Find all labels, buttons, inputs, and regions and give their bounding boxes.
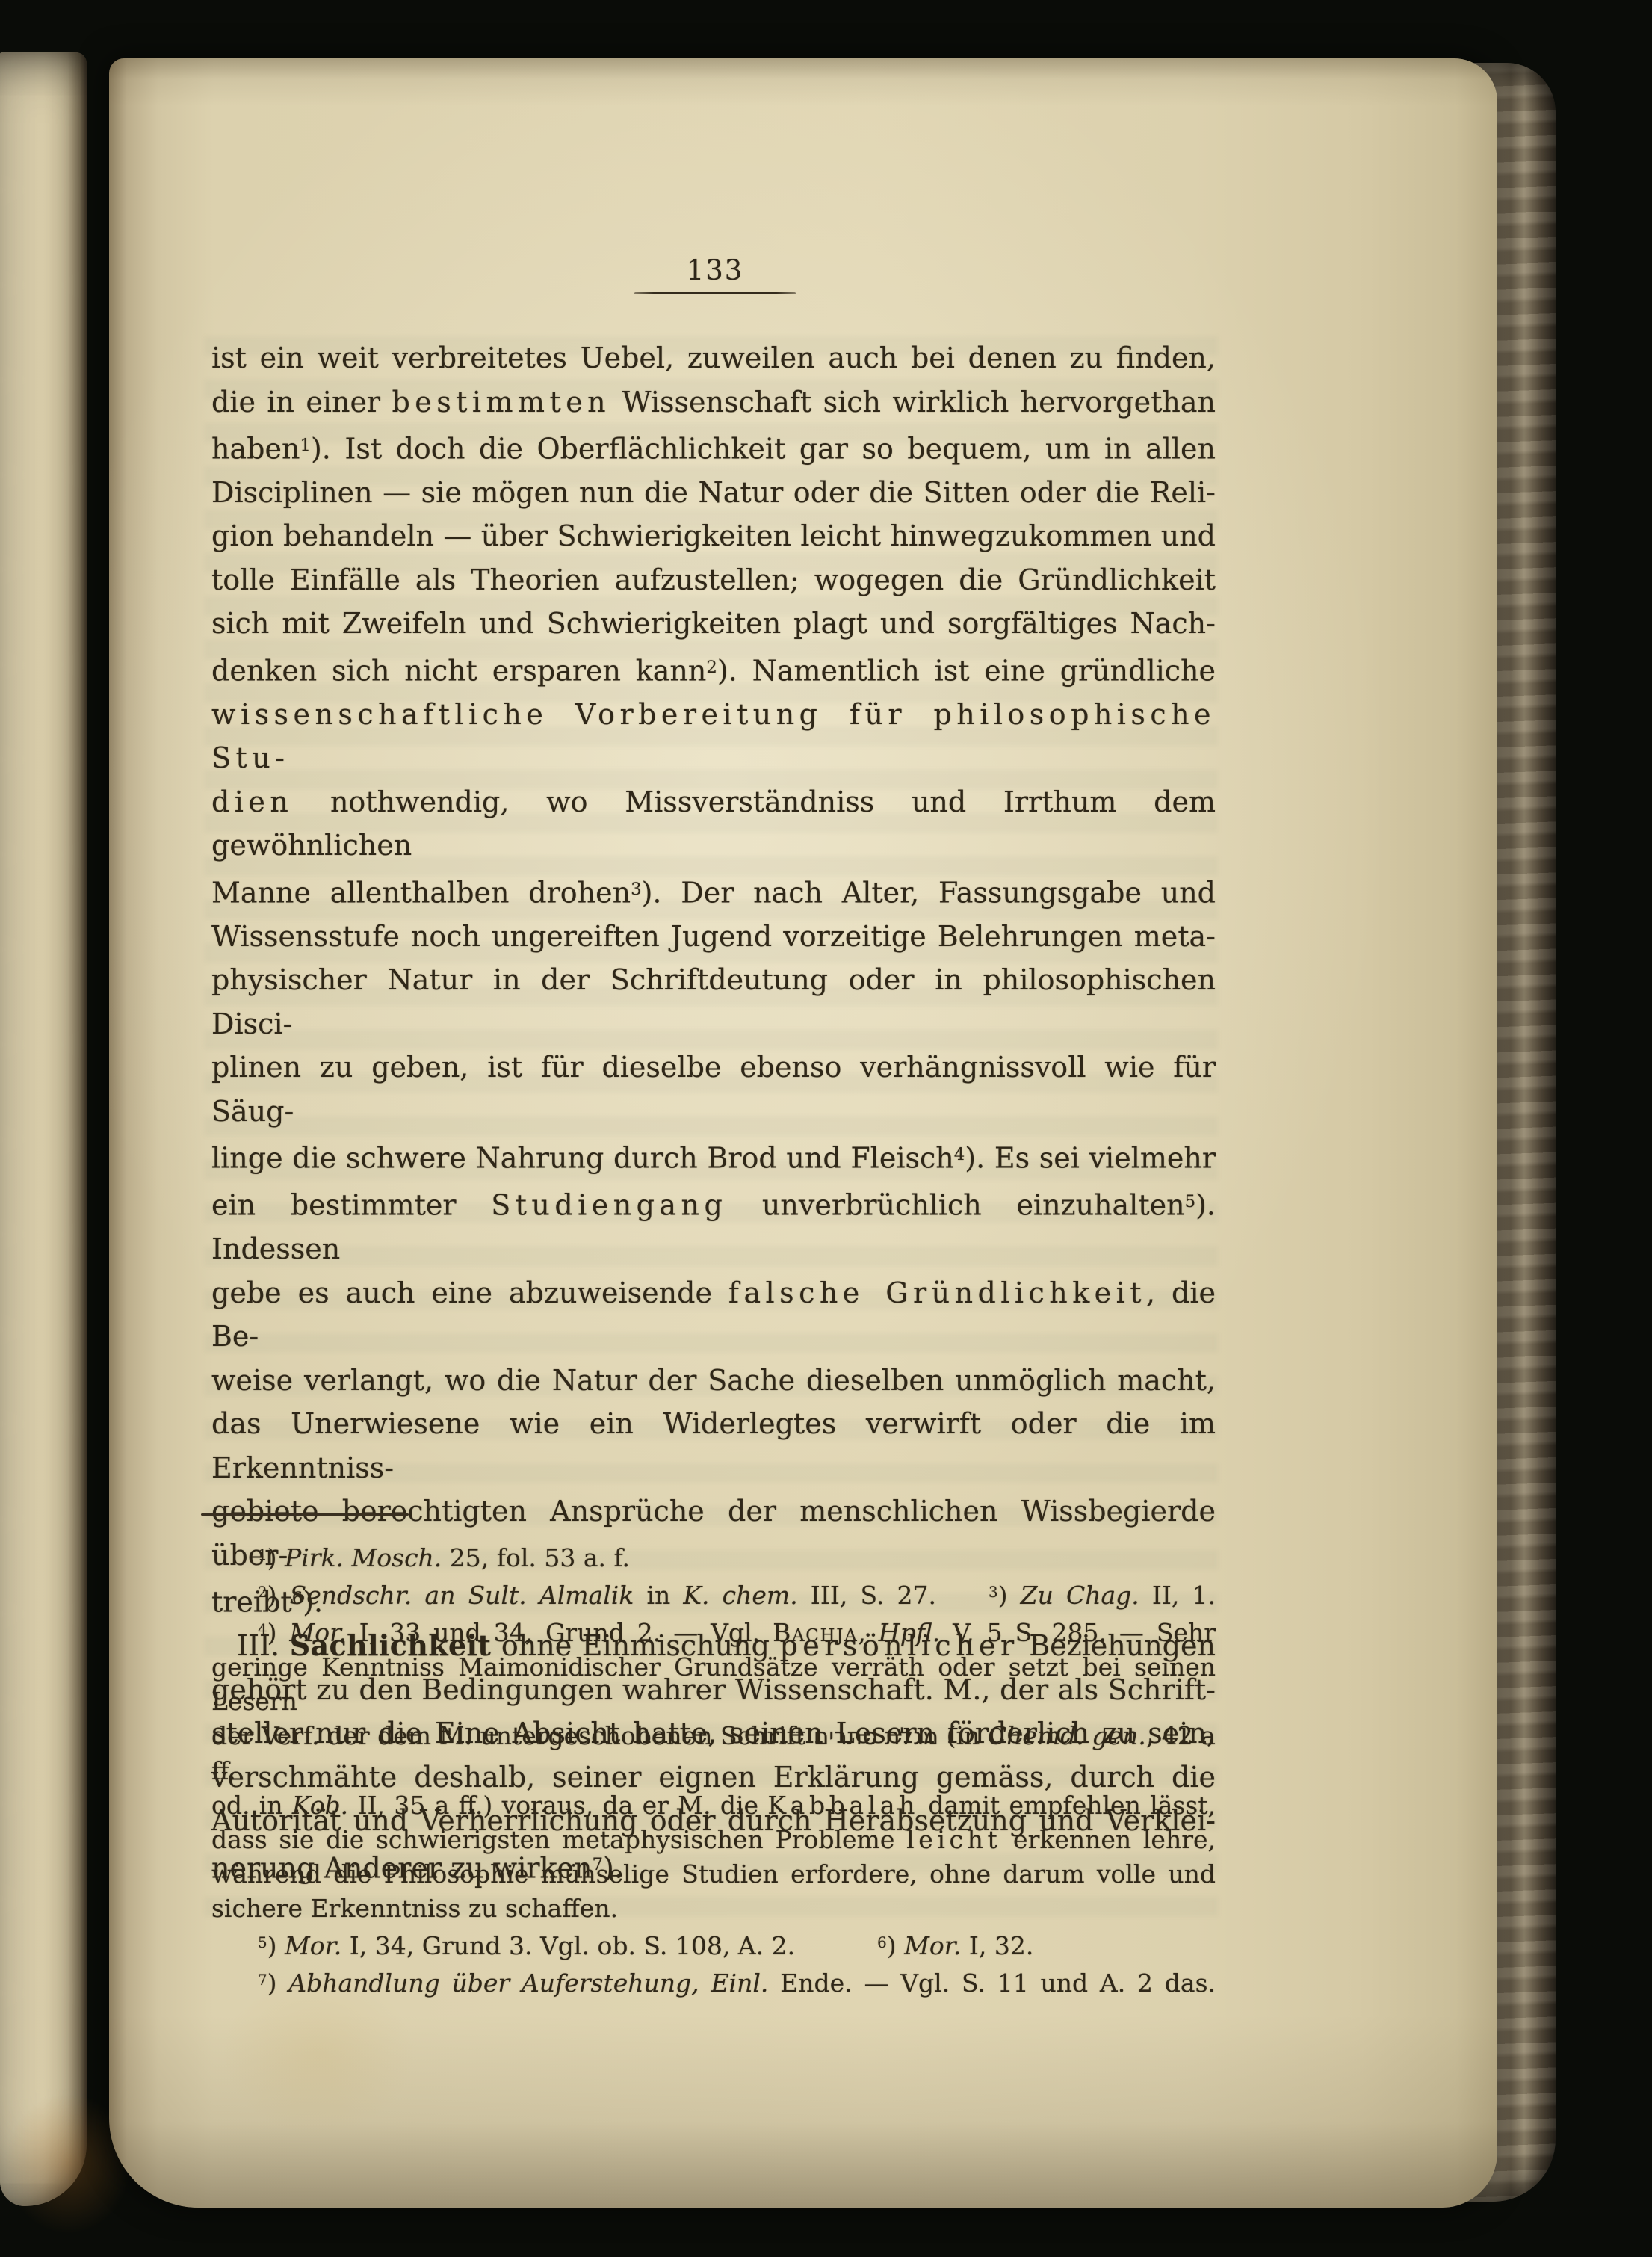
text-segment: ist ein weit verbreitetes Uebel, zuweile…	[211, 342, 1216, 374]
text-segment: Ende. — Vgl. S. 11 und A. 2 das.	[768, 1969, 1216, 1998]
text-segment: )	[267, 1543, 285, 1572]
text-segment: 1	[258, 1546, 267, 1563]
text-line: Disciplinen — sie mögen nun die Natur od…	[211, 471, 1216, 515]
text-segment: I, 34, Grund 3. Vgl. ob. S. 108, A. 2.	[341, 1931, 795, 1960]
text-line: Wissensstufe noch ungereiften Jugend vor…	[211, 915, 1216, 959]
text-segment: Zu Chag.	[1021, 1581, 1139, 1610]
text-segment: linge die schwere Nahrung durch Brod und…	[211, 1142, 954, 1175]
text-segment: 3	[989, 1584, 998, 1601]
text-segment: Sendschr. an Sult. Almalik	[290, 1581, 634, 1610]
text-segment: Studiengang	[491, 1189, 727, 1222]
text-line: Manne allenthalben drohen3). Der nach Al…	[211, 868, 1216, 915]
text-segment: 4	[954, 1145, 965, 1164]
column-gap	[936, 1603, 989, 1604]
text-segment: ). Ist doch die Oberflächlichkeit gar so…	[311, 432, 1216, 465]
text-segment: V, 5 S. 285. — Sehr	[940, 1618, 1216, 1647]
text-segment: der Verf. der dem M. untergeschobenen Sc…	[211, 1721, 814, 1750]
text-segment: Disciplinen — sie mögen nun die Natur od…	[211, 476, 1216, 509]
text-segment: Kabbalah	[767, 1791, 919, 1820]
text-segment: 2	[258, 1584, 267, 1601]
text-segment: bestimmten	[392, 386, 610, 419]
page-number: 133	[634, 254, 796, 286]
text-segment: plinen zu geben, ist für dieselbe ebenso…	[211, 1051, 1216, 1128]
text-segment: sichere Erkenntniss zu schaffen.	[211, 1894, 618, 1923]
text-segment: )	[887, 1931, 904, 1960]
header-rule	[634, 292, 796, 294]
text-segment: 6	[877, 1934, 887, 1951]
text-segment: (in	[938, 1721, 988, 1750]
text-segment: I, 32.	[961, 1931, 1033, 1960]
text-segment: das Unerwiesene wie ein Widerlegtes verw…	[211, 1407, 1216, 1484]
text-segment: dass sie die schwierigsten metaphysische…	[211, 1825, 906, 1854]
text-segment: 1	[300, 436, 311, 455]
text-line: 5) Mor. I, 34, Grund 3. Vgl. ob. S. 108,…	[211, 1926, 1216, 1963]
text-line: während die Philosophie mühselige Studie…	[211, 1857, 1216, 1892]
text-segment: erkennen lehre,	[1001, 1825, 1216, 1854]
text-segment: מגלת סתרים	[814, 1723, 938, 1750]
text-line: gion behandeln — über Schwierigkeiten le…	[211, 514, 1216, 558]
text-segment: geringe Kenntniss Maimonidischer Grundsä…	[211, 1652, 1216, 1716]
text-segment: 7	[258, 1972, 267, 1989]
text-segment: dien	[211, 785, 293, 818]
text-segment: Wissenschaft sich wirklich hervorgethan	[610, 386, 1216, 419]
text-segment: haben	[211, 432, 300, 465]
text-line: ein bestimmter Studiengang unverbrüchlic…	[211, 1180, 1216, 1270]
text-segment: Kob.	[292, 1791, 348, 1820]
text-segment: Manne allenthalben drohen	[211, 876, 631, 909]
book-scan: 133 ist ein weit verbreitetes Uebel, zuw…	[0, 0, 1652, 2257]
text-line: geringe Kenntniss Maimonidischer Grundsä…	[211, 1650, 1216, 1719]
text-line: dien nothwendig, wo Missverständniss und…	[211, 780, 1216, 868]
text-segment: falsche Gründlichkeit	[728, 1276, 1146, 1309]
text-segment: )	[998, 1581, 1021, 1610]
text-segment: 3	[631, 880, 642, 899]
text-line: 7) Abhandlung über Auferstehung, Einl. E…	[211, 1963, 1216, 2001]
text-line: der Verf. der dem M. untergeschobenen Sc…	[211, 1719, 1216, 1788]
text-segment: physischer Natur in der Schriftdeutung o…	[211, 963, 1216, 1040]
text-line: od. in Kob. II, 35 a ff.) voraus, da er …	[211, 1788, 1216, 1823]
text-segment: Wissensstufe noch ungereiften Jugend vor…	[211, 920, 1216, 953]
text-segment: ). Es sei vielmehr	[965, 1142, 1216, 1175]
text-segment: 25, fol. 53 a. f.	[442, 1543, 630, 1572]
text-segment: leicht	[906, 1825, 1001, 1854]
text-line: das Unerwiesene wie ein Widerlegtes verw…	[211, 1402, 1216, 1489]
text-line: haben1). Ist doch die Oberflächlichkeit …	[211, 424, 1216, 471]
text-segment: tolle Einfälle als Theorien aufzustellen…	[211, 564, 1216, 596]
text-segment: 5	[1185, 1192, 1196, 1211]
text-segment: Mor.	[904, 1931, 961, 1960]
text-segment: ). Der nach Alter, Fassungsgabe und	[642, 876, 1216, 909]
text-segment: )	[267, 1931, 285, 1960]
text-segment: ,	[858, 1618, 878, 1647]
text-segment: Mor.	[289, 1618, 346, 1647]
text-line: dass sie die schwierigsten metaphysische…	[211, 1823, 1216, 1857]
text-segment: unverbrüchlich einzuhalten	[727, 1189, 1184, 1222]
text-line: plinen zu geben, ist für dieselbe ebenso…	[211, 1046, 1216, 1133]
text-line: sichere Erkenntniss zu schaffen.	[211, 1892, 1216, 1926]
footnote-separator-rule	[201, 1513, 409, 1516]
previous-page-edge	[0, 52, 87, 2206]
text-line: tolle Einfälle als Theorien aufzustellen…	[211, 558, 1216, 602]
text-line: 1) Pirk. Mosch. 25, fol. 53 a. f.	[211, 1538, 1216, 1575]
text-segment: in	[634, 1581, 683, 1610]
text-segment: )	[267, 1618, 290, 1647]
text-line: gebe es auch eine abzuweisende falsche G…	[211, 1271, 1216, 1359]
text-segment: III, S. 27.	[798, 1581, 936, 1610]
text-segment: nothwendig, wo Missverständniss und Irrt…	[211, 785, 1216, 862]
text-segment: II, 35 a ff.) voraus, da er M. die	[348, 1791, 767, 1820]
text-line: 4) Mor. I, 33 und 34, Grund 2. — Vgl. Ba…	[211, 1613, 1216, 1650]
book-page: 133 ist ein weit verbreitetes Uebel, zuw…	[109, 58, 1497, 2208]
text-segment: 2	[706, 658, 717, 677]
text-segment: I, 33 und 34, Grund 2. — Vgl.	[347, 1618, 773, 1647]
text-segment: Bachja	[773, 1618, 858, 1647]
text-segment: Abhandlung über Auferstehung, Einl.	[288, 1969, 768, 1998]
column-gap	[795, 1954, 877, 1954]
text-line: physischer Natur in der Schriftdeutung o…	[211, 958, 1216, 1046]
text-segment: gion behandeln — über Schwierigkeiten le…	[211, 519, 1216, 552]
text-segment: wissenschaftliche Vorbereitung für philo…	[211, 698, 1216, 775]
text-line: weise verlangt, wo die Natur der Sache d…	[211, 1359, 1216, 1403]
text-segment: damit empfehlen lässt,	[919, 1791, 1216, 1820]
text-segment: ein bestimmter	[211, 1189, 491, 1222]
text-segment: II, 1.	[1139, 1581, 1216, 1610]
text-line: 2) Sendschr. an Sult. Almalik in K. chem…	[211, 1575, 1216, 1613]
text-segment: weise verlangt, wo die Natur der Sache d…	[211, 1364, 1216, 1397]
text-segment: Mor.	[285, 1931, 341, 1960]
page-header: 133	[634, 254, 796, 294]
text-segment: die in einer	[211, 386, 392, 419]
text-segment: während die Philosophie mühselige Studie…	[211, 1859, 1216, 1889]
text-segment: 4	[258, 1621, 267, 1638]
text-segment: 5	[258, 1934, 267, 1951]
text-line: linge die schwere Nahrung durch Brod und…	[211, 1133, 1216, 1180]
text-segment: sich mit Zweifeln und Schwierigkeiten pl…	[211, 607, 1216, 640]
footnotes: 1) Pirk. Mosch. 25, fol. 53 a. f.2) Send…	[211, 1538, 1216, 2001]
text-segment: Pirk. Mosch.	[285, 1543, 442, 1572]
text-line: sich mit Zweifeln und Schwierigkeiten pl…	[211, 602, 1216, 646]
text-segment: Chemd. gen.	[988, 1721, 1146, 1750]
text-line: die in einer bestimmten Wissenschaft sic…	[211, 380, 1216, 424]
text-line: denken sich nicht ersparen kann2). Namen…	[211, 646, 1216, 693]
text-segment: Hpfl.	[879, 1618, 940, 1647]
text-segment: ). Namentlich ist eine gründliche	[717, 654, 1216, 687]
text-line: ist ein weit verbreitetes Uebel, zuweile…	[211, 336, 1216, 380]
text-segment: gebe es auch eine abzuweisende	[211, 1276, 728, 1309]
text-segment: )	[267, 1969, 289, 1998]
text-segment: K. chem.	[683, 1581, 797, 1610]
text-segment: )	[267, 1581, 290, 1610]
text-segment: od. in	[211, 1791, 292, 1820]
text-line: wissenschaftliche Vorbereitung für philo…	[211, 693, 1216, 780]
text-segment: denken sich nicht ersparen kann	[211, 654, 706, 687]
